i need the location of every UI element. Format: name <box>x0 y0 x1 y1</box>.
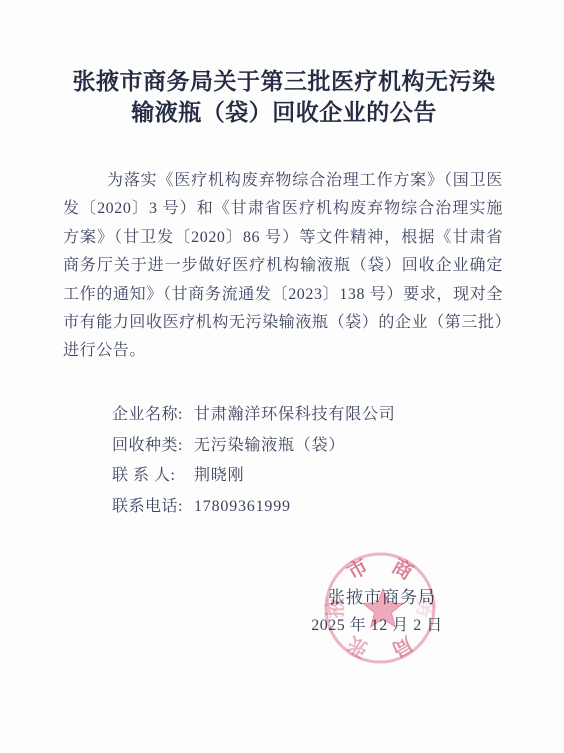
issuer-name: 张掖市商务局 <box>312 583 452 608</box>
info-label: 企业名称: <box>112 400 188 431</box>
info-row: 企业名称:甘肃瀚洋环保科技有限公司 <box>112 400 512 431</box>
seal-char: 商 <box>388 554 417 585</box>
info-value: 荆晓刚 <box>194 467 244 484</box>
info-label: 回收种类: <box>112 431 188 462</box>
paragraph-line: 为落实《医疗机构废弃物综合治理工作方案》（国卫医 <box>63 167 503 195</box>
document-page: 张掖市商务局关于第三批医疗机构无污染 输液瓶（袋）回收企业的公告 为落实《医疗机… <box>0 0 564 753</box>
issue-date: 2025 年 12 月 2 日 <box>297 612 457 635</box>
info-row: 回收种类:无污染输液瓶（袋） <box>112 431 512 462</box>
body-paragraph: 为落实《医疗机构废弃物综合治理工作方案》（国卫医发〔2020〕3 号）和《甘肃省… <box>63 167 503 366</box>
paragraph-line: 方案》（甘卫发〔2020〕86 号）等文件精神，根据《甘肃省 <box>63 224 503 252</box>
seal-text: 张掖市商务局 <box>323 554 437 663</box>
seal-char: 局 <box>388 632 417 662</box>
info-row: 联 系 人:荆晓刚 <box>112 461 512 492</box>
company-info-list: 企业名称:甘肃瀚洋环保科技有限公司 回收种类:无污染输液瓶（袋） 联 系 人:荆… <box>112 400 512 523</box>
paragraph-line: 工作的通知》（甘商务流通发〔2023〕138 号）要求，现对全 <box>63 281 503 309</box>
info-value: 17809361999 <box>194 498 291 515</box>
info-value: 甘肃瀚洋环保科技有限公司 <box>194 406 396 423</box>
paragraph-line: 商务厅关于进一步做好医疗机构输液瓶（袋）回收企业确定 <box>63 252 503 280</box>
seal-ring <box>326 554 434 662</box>
info-label: 联 系 人: <box>112 461 188 492</box>
official-seal: 张掖市商务局 <box>305 533 455 683</box>
info-label: 联系电话: <box>112 492 188 523</box>
info-value: 无污染输液瓶（袋） <box>194 437 345 454</box>
title-line-2: 输液瓶（袋）回收企业的公告 <box>131 100 437 125</box>
info-row: 联系电话:17809361999 <box>112 492 512 523</box>
paragraph-line: 发〔2020〕3 号）和《甘肃省医疗机构废弃物综合治理实施 <box>63 195 503 223</box>
seal-char: 市 <box>343 554 372 585</box>
paragraph-line: 进行公告。 <box>63 337 503 365</box>
document-title: 张掖市商务局关于第三批医疗机构无污染 输液瓶（袋）回收企业的公告 <box>40 66 528 128</box>
title-line-1: 张掖市商务局关于第三批医疗机构无污染 <box>73 69 496 94</box>
seal-char: 张 <box>343 632 372 663</box>
paragraph-line: 市有能力回收医疗机构无污染输液瓶（袋）的企业（第三批） <box>63 309 503 337</box>
